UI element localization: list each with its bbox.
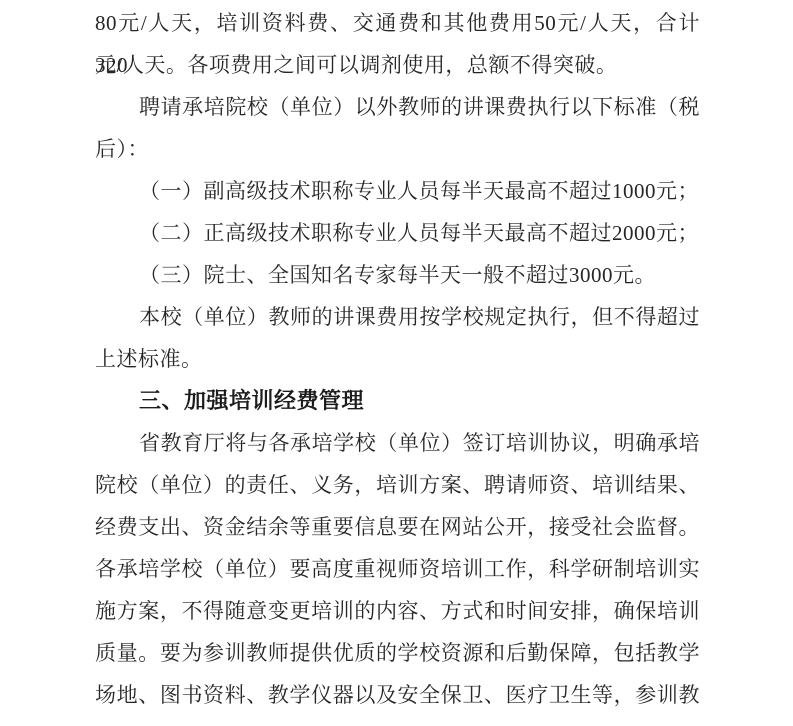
text-line: 上述标准。	[95, 338, 700, 380]
text-line: 院校（单位）的责任、义务，培训方案、聘请师资、培训结果、	[95, 464, 700, 506]
list-item-2: （二）正高级技术职称专业人员每半天最高不超过2000元；	[95, 212, 700, 254]
text-line: 后）：	[95, 128, 700, 170]
section-heading: 三、加强培训经费管理	[95, 380, 700, 422]
text-line: 80元/人天，培训资料费、交通费和其他费用50元/人天，合计320	[95, 2, 700, 44]
text-line: 省教育厅将与各承培学校（单位）签订培训协议，明确承培	[95, 422, 700, 464]
text-block: 80元/人天，培训资料费、交通费和其他费用50元/人天，合计320 元/人天。各…	[95, 2, 700, 716]
text-line: 质量。要为参训教师提供优质的学校资源和后勤保障，包括教学	[95, 632, 700, 674]
list-item-3: （三）院士、全国知名专家每半天一般不超过3000元。	[95, 254, 700, 296]
text-line: 各承培学校（单位）要高度重视师资培训工作，科学研制培训实	[95, 548, 700, 590]
text-line: 本校（单位）教师的讲课费用按学校规定执行，但不得超过	[95, 296, 700, 338]
text-line: 经费支出、资金结余等重要信息要在网站公开，接受社会监督。	[95, 506, 700, 548]
text-line: 施方案，不得随意变更培训的内容、方式和时间安排，确保培训	[95, 590, 700, 632]
text-line: 聘请承培院校（单位）以外教师的讲课费执行以下标准（税	[95, 86, 700, 128]
list-item-1: （一）副高级技术职称专业人员每半天最高不超过1000元；	[95, 170, 700, 212]
text-line: 场地、图书资料、教学仪器以及安全保卫、医疗卫生等，参训教	[95, 674, 700, 716]
text-line: 元/人天。各项费用之间可以调剂使用，总额不得突破。	[95, 44, 700, 86]
document-page: 80元/人天，培训资料费、交通费和其他费用50元/人天，合计320 元/人天。各…	[0, 0, 793, 726]
